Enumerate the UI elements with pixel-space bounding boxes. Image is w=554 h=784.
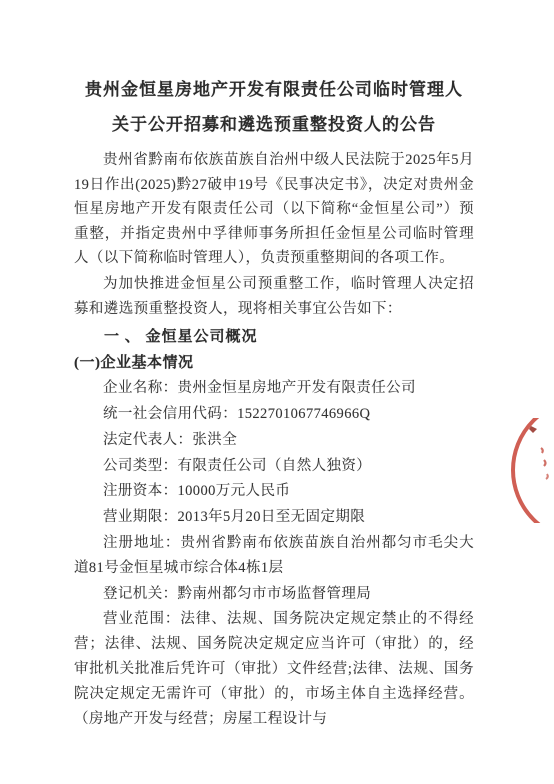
field-label: 注册地址：	[103, 535, 180, 551]
field-value: 法律、法规、国务院决定规定禁止的不得经营；法律、法规、国务院决定规定应当许可（审…	[74, 611, 474, 726]
field-label: 注册资本：	[103, 483, 178, 499]
company-info-fields: 企业名称：贵州金恒星房地产开发有限责任公司 统一社会信用代码：152270106…	[74, 376, 474, 731]
field-label: 法定代表人：	[103, 432, 192, 448]
document-title-line-1: 贵州金恒星房地产开发有限责任公司临时管理人	[74, 72, 474, 107]
field-label: 企业名称：	[103, 380, 178, 396]
intro-paragraph-recruitment: 为加快推进金恒星公司预重整工作，临时管理人决定招募和遴选预重整投资人，现将相关事…	[74, 272, 474, 321]
field-company-type: 公司类型：有限责任公司（自然人独资）	[74, 454, 474, 479]
seal-arc-icon	[504, 418, 554, 523]
document-title: 贵州金恒星房地产开发有限责任公司临时管理人 关于公开招募和遴选预重整投资人的公告	[74, 72, 474, 142]
intro-paragraph-court-decision: 贵州省黔南布依族苗族自治州中级人民法院于2025年5月19日作出(2025)黔2…	[74, 148, 474, 271]
field-value: 10000万元人民币	[178, 483, 291, 499]
field-label: 统一社会信用代码：	[103, 406, 237, 422]
subsection-heading-basic-info: (一)企业基本情况	[74, 350, 474, 376]
section-heading-company-overview: 一 、 金恒星公司概况	[74, 324, 474, 350]
field-label: 营业范围：	[103, 611, 180, 627]
field-value: 有限责任公司（自然人独资）	[178, 458, 372, 474]
field-value: 黔南州都匀市市场监督管理局	[178, 586, 372, 602]
field-label: 公司类型：	[103, 458, 178, 474]
document-body: 贵州省黔南布依族苗族自治州中级人民法院于2025年5月19日作出(2025)黔2…	[74, 148, 474, 731]
field-enterprise-name: 企业名称：贵州金恒星房地产开发有限责任公司	[74, 376, 474, 401]
field-value: 张洪全	[192, 432, 237, 448]
field-label: 登记机关：	[103, 586, 178, 602]
field-business-term: 营业期限：2013年5月20日至无固定期限	[74, 505, 474, 530]
field-label: 营业期限：	[103, 509, 178, 525]
document-photo: { "document": { "title": [ "贵州金恒星房地产开发有限…	[0, 0, 554, 784]
field-business-scope: 营业范围：法律、法规、国务院决定规定禁止的不得经营；法律、法规、国务院决定规定应…	[74, 607, 474, 731]
red-seal-partial-icon	[504, 418, 554, 523]
field-value: 贵州金恒星房地产开发有限责任公司	[178, 380, 416, 396]
field-credit-code: 统一社会信用代码：1522701067746966Q	[74, 402, 474, 427]
field-value: 1522701067746966Q	[237, 406, 370, 422]
document-title-line-2: 关于公开招募和遴选预重整投资人的公告	[74, 107, 474, 142]
announcement-page: 贵州金恒星房地产开发有限责任公司临时管理人 关于公开招募和遴选预重整投资人的公告…	[0, 0, 554, 784]
field-registered-capital: 注册资本：10000万元人民币	[74, 479, 474, 504]
field-value: 2013年5月20日至无固定期限	[178, 509, 366, 525]
field-registered-address: 注册地址：贵州省黔南布依族苗族自治州都匀市毛尖大道81号金恒星城市综合体4栋1层	[74, 531, 474, 581]
field-legal-representative: 法定代表人：张洪全	[74, 428, 474, 453]
field-registration-authority: 登记机关：黔南州都匀市市场监督管理局	[74, 582, 474, 607]
